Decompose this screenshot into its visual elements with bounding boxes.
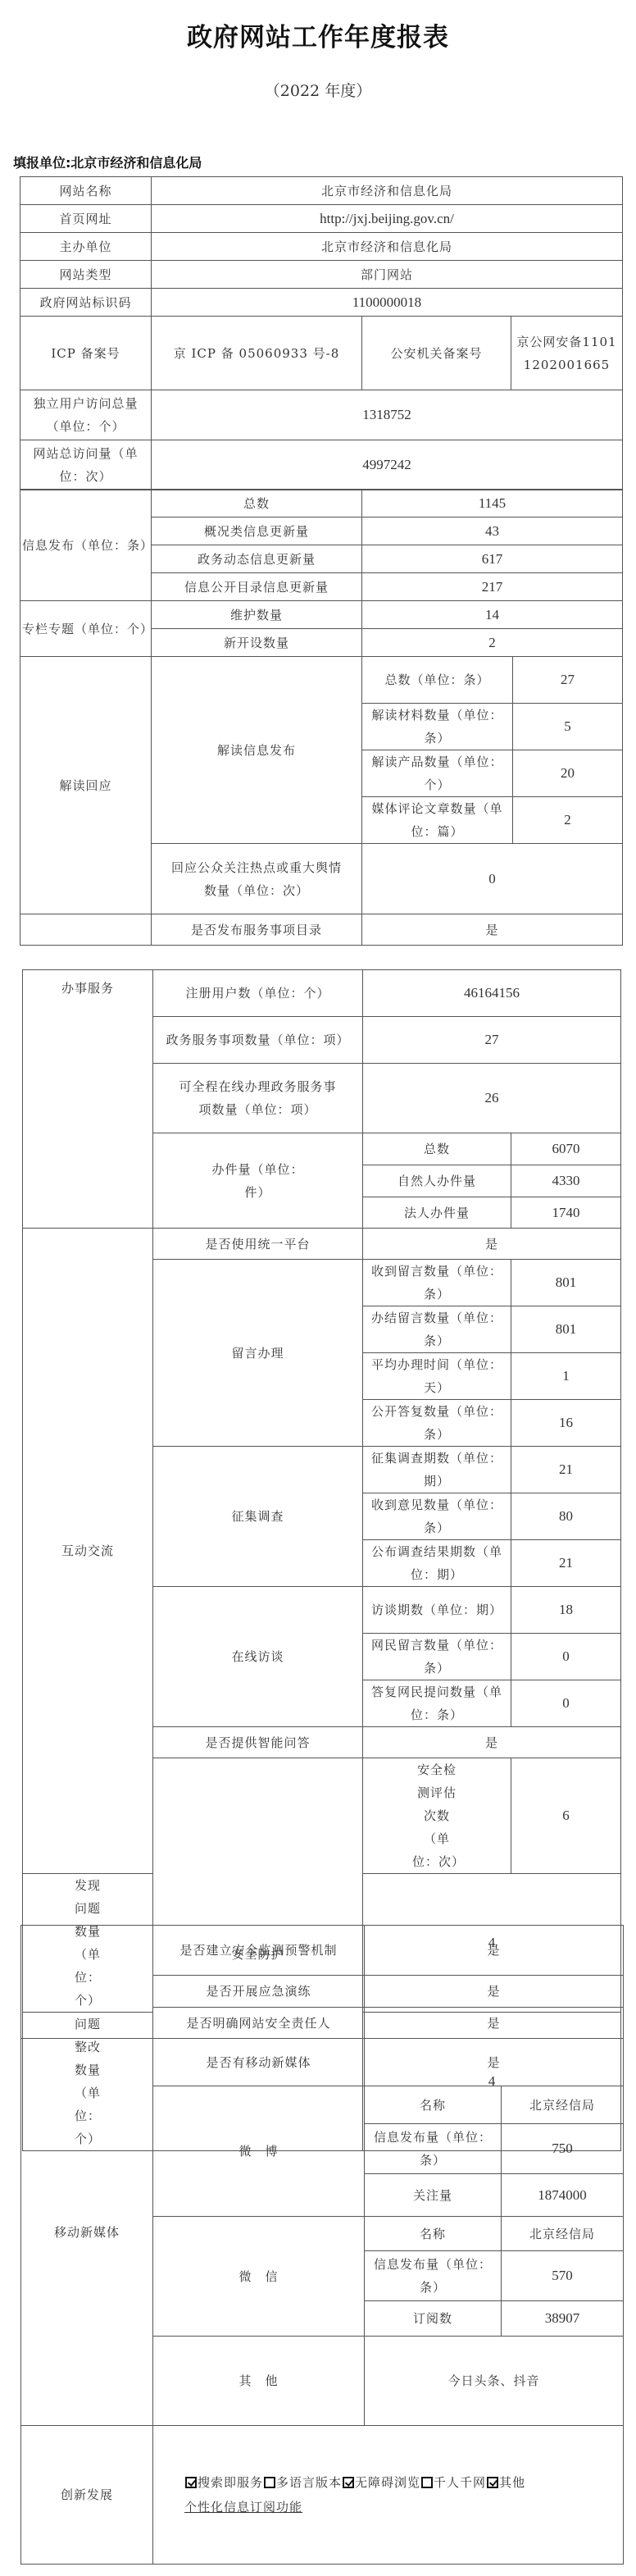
interview-row-label: 网民留言数量（单位：条）	[363, 1634, 511, 1680]
site-code: 1100000018	[152, 289, 623, 317]
police-number: 京公网安备11011202001665	[511, 317, 623, 390]
weibo-name-label: 名称	[365, 2086, 502, 2124]
label-uv: 独立用户访问总量（单位：个）	[20, 390, 152, 440]
info-row-value: 617	[362, 545, 623, 573]
option-multilingual[interactable]: 多语言版本	[263, 2475, 342, 2490]
online-items-value: 26	[363, 1064, 621, 1133]
msg-row-label: 公开答复数量（单位：条）	[363, 1400, 511, 1447]
report-table-1: 网站名称北京市经济和信息化局 首页网址http://jxj.beijing.go…	[20, 176, 623, 490]
msg-row-value: 1	[511, 1353, 621, 1400]
interview-row-value: 0	[511, 1680, 621, 1727]
empty-cell	[21, 1926, 153, 2039]
wechat-subs: 38907	[502, 2301, 624, 2337]
label-columns: 专栏专题（单位：个）	[20, 601, 152, 657]
page-title: 政府网站工作年度报表	[0, 16, 636, 53]
label-police: 公安机关备案号	[362, 317, 511, 390]
label-sponsor: 主办单位	[20, 233, 152, 261]
site-name: 北京市经济和信息化局	[152, 177, 623, 205]
label-weibo: 微 博	[153, 2086, 365, 2217]
label-info-release: 信息发布（单位：条）	[20, 490, 152, 601]
label-other-media: 其 他	[153, 2337, 365, 2426]
label-new-media: 移动新媒体	[21, 2039, 153, 2426]
columns-row-label: 新开设数量	[152, 629, 362, 657]
reporting-unit: 填报单位:北京市经济和信息化局	[13, 153, 202, 171]
report-year: （2022 年度）	[0, 79, 636, 101]
info-row-value: 1145	[362, 490, 623, 517]
label-interpretation-release: 解读信息发布	[152, 657, 362, 844]
weibo-follow: 1874000	[502, 2174, 624, 2217]
checkbox-checked-icon[interactable]	[343, 2477, 354, 2488]
label-site-code: 政府网站标识码	[20, 289, 152, 317]
interp-row-label: 解读材料数量（单位：条）	[362, 704, 513, 750]
info-row-value: 43	[362, 517, 623, 545]
service-catalog-value: 是	[362, 914, 623, 946]
report-table-3: 是否建立安全监测预警机制是 是否开展应急演练是 是否明确网站安全责任人是 移动新…	[20, 1925, 624, 2565]
interp-row-value: 5	[513, 704, 623, 750]
label-cases: 办件量（单位：件）	[153, 1133, 363, 1229]
interp-row-label: 总数（单位：条）	[362, 657, 513, 704]
weibo-posts: 750	[502, 2124, 624, 2174]
info-row-label: 总数	[152, 490, 362, 517]
weibo-name: 北京经信局	[502, 2086, 624, 2124]
site-type: 部门网站	[152, 261, 623, 289]
survey-row-label: 收到意见数量（单位：条）	[363, 1493, 511, 1540]
label-unified-platform: 是否使用统一平台	[153, 1229, 363, 1260]
wechat-name-label: 名称	[365, 2217, 502, 2251]
interview-row-label: 答复网民提问数量（单位：条）	[363, 1680, 511, 1727]
monitoring-value: 是	[365, 1926, 624, 1976]
hotspot-value: 0	[362, 844, 623, 914]
survey-row-label: 征集调查期数（单位：期）	[363, 1447, 511, 1493]
interp-row-value: 20	[513, 750, 623, 797]
label-online-items: 可全程在线办理政务服务事项数量（单位：项）	[153, 1064, 363, 1133]
wechat-subs-label: 订阅数	[365, 2301, 502, 2337]
security-row-value: 6	[511, 1758, 621, 1874]
innovation-options: 搜索即服务多语言版本无障碍浏览千人千网其他 个性化信息订阅功能	[153, 2426, 624, 2565]
cases-row-value: 4330	[511, 1165, 621, 1197]
survey-row-value: 21	[511, 1540, 621, 1587]
msg-row-label: 办结留言数量（单位：条）	[363, 1306, 511, 1353]
has-new-media-value: 是	[365, 2039, 624, 2086]
checkbox-unchecked-icon[interactable]	[421, 2477, 433, 2488]
option-search-service[interactable]: 搜索即服务	[184, 2475, 263, 2490]
label-innovation: 创新发展	[21, 2426, 153, 2565]
smart-qa-value: 是	[363, 1727, 621, 1758]
registered-value: 46164156	[363, 970, 621, 1017]
label-registered: 注册用户数（单位：个）	[153, 970, 363, 1017]
msg-row-value: 16	[511, 1400, 621, 1447]
label-interpretation: 解读回应	[20, 657, 152, 914]
label-service-items: 政务服务事项数量（单位：项）	[153, 1017, 363, 1064]
label-service-catalog: 是否发布服务事项目录	[152, 914, 362, 946]
report-table-1b: 信息发布（单位：条）总数1145 概况类信息更新量43 政务动态信息更新量617…	[20, 489, 623, 946]
msg-row-label: 平均办理时间（单位：天）	[363, 1353, 511, 1400]
sponsor: 北京市经济和信息化局	[152, 233, 623, 261]
security-row-label: 安全检测评估次数（单位：次）	[363, 1758, 511, 1874]
info-row-label: 信息公开目录信息更新量	[152, 573, 362, 601]
option-personalized[interactable]: 千人千网	[420, 2475, 486, 2490]
interp-row-value: 27	[513, 657, 623, 704]
wechat-posts: 570	[502, 2251, 624, 2301]
interview-row-value: 0	[511, 1634, 621, 1680]
option-other[interactable]: 其他	[486, 2475, 525, 2490]
interp-row-label: 媒体评论文章数量（单位：篇）	[362, 797, 513, 844]
empty-cell	[20, 914, 152, 946]
columns-row-value: 14	[362, 601, 623, 629]
interp-row-label: 解读产品数量（单位：个）	[362, 750, 513, 797]
interview-row-label: 访谈期数（单位：期）	[363, 1587, 511, 1634]
icp-number: 京 ICP 备 05060933 号-8	[152, 317, 362, 390]
cases-row-label: 自然人办件量	[363, 1165, 511, 1197]
label-wechat: 微 信	[153, 2217, 365, 2337]
cases-row-label: 总数	[363, 1133, 511, 1165]
pv-value: 4997242	[152, 440, 623, 490]
label-responsible: 是否明确网站安全责任人	[153, 2008, 365, 2039]
label-monitoring: 是否建立安全监测预警机制	[153, 1926, 365, 1976]
weibo-posts-label: 信息发布量（单位：条）	[365, 2124, 502, 2174]
interview-row-value: 18	[511, 1587, 621, 1634]
msg-row-value: 801	[511, 1260, 621, 1306]
label-messages: 留言办理	[153, 1260, 363, 1447]
homepage-link[interactable]: http://jxj.beijing.gov.cn/	[152, 205, 623, 233]
label-homepage: 首页网址	[20, 205, 152, 233]
service-items-value: 27	[363, 1017, 621, 1064]
drill-value: 是	[365, 1976, 624, 2008]
msg-row-value: 801	[511, 1306, 621, 1353]
columns-row-label: 维护数量	[152, 601, 362, 629]
survey-row-value: 21	[511, 1447, 621, 1493]
label-hotspot: 回应公众关注热点或重大舆情数量（单位：次）	[152, 844, 362, 914]
wechat-posts-label: 信息发布量（单位：条）	[365, 2251, 502, 2301]
label-pv: 网站总访问量（单位：次）	[20, 440, 152, 490]
checkbox-checked-icon[interactable]	[185, 2477, 197, 2488]
label-site-name: 网站名称	[20, 177, 152, 205]
cases-row-value: 6070	[511, 1133, 621, 1165]
checkbox-checked-icon[interactable]	[487, 2477, 498, 2488]
label-smart-qa: 是否提供智能问答	[153, 1727, 363, 1758]
label-site-type: 网站类型	[20, 261, 152, 289]
columns-row-value: 2	[362, 629, 623, 657]
label-survey: 征集调查	[153, 1447, 363, 1587]
label-interaction: 互动交流	[23, 1229, 153, 1874]
msg-row-label: 收到留言数量（单位：条）	[363, 1260, 511, 1306]
survey-row-value: 80	[511, 1493, 621, 1540]
cases-row-value: 1740	[511, 1197, 621, 1229]
wechat-name: 北京经信局	[502, 2217, 624, 2251]
unified-platform-value: 是	[363, 1229, 621, 1260]
label-interview: 在线访谈	[153, 1587, 363, 1727]
label-drill: 是否开展应急演练	[153, 1976, 365, 2008]
interp-row-value: 2	[513, 797, 623, 844]
other-media-value: 今日头条、抖音	[365, 2337, 624, 2426]
label-has-new-media: 是否有移动新媒体	[153, 2039, 365, 2086]
responsible-value: 是	[365, 2008, 624, 2039]
cases-row-label: 法人办件量	[363, 1197, 511, 1229]
label-services: 办事服务	[23, 970, 153, 1229]
info-row-value: 217	[362, 573, 623, 601]
info-row-label: 政务动态信息更新量	[152, 545, 362, 573]
checkbox-unchecked-icon[interactable]	[264, 2477, 275, 2488]
weibo-follow-label: 关注量	[365, 2174, 502, 2217]
option-accessible[interactable]: 无障碍浏览	[342, 2475, 420, 2490]
info-row-label: 概况类信息更新量	[152, 517, 362, 545]
innovation-other-text: 个性化信息订阅功能	[184, 2500, 302, 2514]
uv-value: 1318752	[152, 390, 623, 440]
survey-row-label: 公布调查结果期数（单位：期）	[363, 1540, 511, 1587]
label-icp: ICP 备案号	[20, 317, 152, 390]
